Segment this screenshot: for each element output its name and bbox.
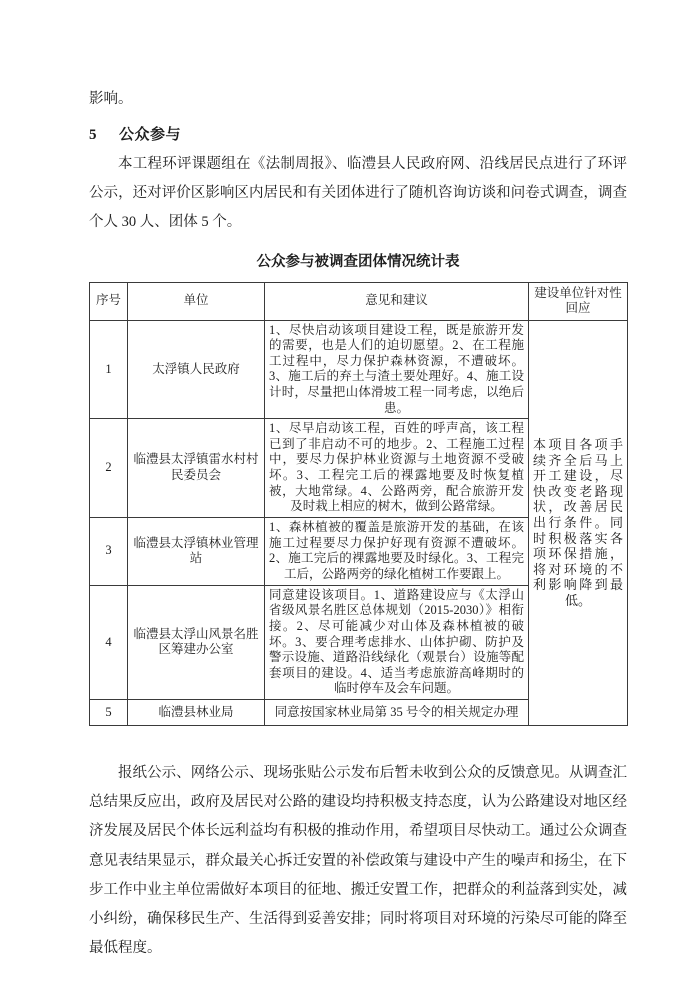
intro-paragraph: 本工程环评课题组在《法制周报》、临澧县人民政府网、沿线居民点进行了环评公示，还对… [89, 150, 627, 238]
table-header-row: 序号 单位 意见和建议 建设单位针对性回应 [90, 282, 628, 320]
row-no: 2 [90, 419, 128, 518]
section-heading: 5公众参与 [89, 121, 627, 150]
row-no: 4 [90, 585, 128, 699]
header-cell-unit: 单位 [128, 282, 265, 320]
row-opinion: 1、尽快启动该项目建设工程，既是旅游开发的需要，也是人们的迫切愿望。2、在工程施… [265, 320, 529, 419]
document-page: 影响。 5公众参与 本工程环评课题组在《法制周报》、临澧县人民政府网、沿线居民点… [0, 0, 700, 989]
row-no: 1 [90, 320, 128, 419]
row-no: 3 [90, 517, 128, 585]
row-unit: 临澧县太浮镇雷水村村民委员会 [128, 419, 265, 518]
table-title: 公众参与被调查团体情况统计表 [89, 252, 627, 272]
section-title: 公众参与 [119, 127, 181, 143]
closing-paragraph: 报纸公示、网络公示、现场张贴公示发布后暂未收到公众的反馈意见。从调查汇总结果反应… [89, 759, 627, 963]
header-cell-opinion: 意见和建议 [265, 282, 529, 320]
row-unit: 临澧县太浮山风景名胜区筹建办公室 [128, 585, 265, 699]
merged-response-cell: 本项目各项手续齐全后马上开工建设，尽快改变老路现状，改善居民出行条件。同时积极落… [529, 320, 628, 725]
header-cell-no: 序号 [90, 282, 128, 320]
table-row: 1 太浮镇人民政府 1、尽快启动该项目建设工程，既是旅游开发的需要，也是人们的迫… [90, 320, 628, 419]
row-opinion: 同意按国家林业局第 35 号令的相关规定办理 [265, 699, 529, 725]
row-no: 5 [90, 699, 128, 725]
row-unit: 太浮镇人民政府 [128, 320, 265, 419]
residual-paragraph-end: 影响。 [89, 85, 627, 114]
row-unit: 临澧县太浮镇林业管理站 [128, 517, 265, 585]
row-opinion: 1、尽早启动该工程，百姓的呼声高，该工程已到了非启动不可的地步。2、工程施工过程… [265, 419, 529, 518]
section-number: 5 [89, 121, 119, 150]
header-cell-response: 建设单位针对性回应 [529, 282, 628, 320]
public-participation-table: 序号 单位 意见和建议 建设单位针对性回应 1 太浮镇人民政府 1、尽快启动该项… [89, 282, 628, 726]
row-opinion: 同意建设该项目。1、道路建设应与《太浮山省级风景名胜区总体规划（2015-203… [265, 585, 529, 699]
row-unit: 临澧县林业局 [128, 699, 265, 725]
row-opinion: 1、森林植被的覆盖是旅游开发的基础，在该施工过程要尽力保护好现有资源不遭破坏。2… [265, 517, 529, 585]
